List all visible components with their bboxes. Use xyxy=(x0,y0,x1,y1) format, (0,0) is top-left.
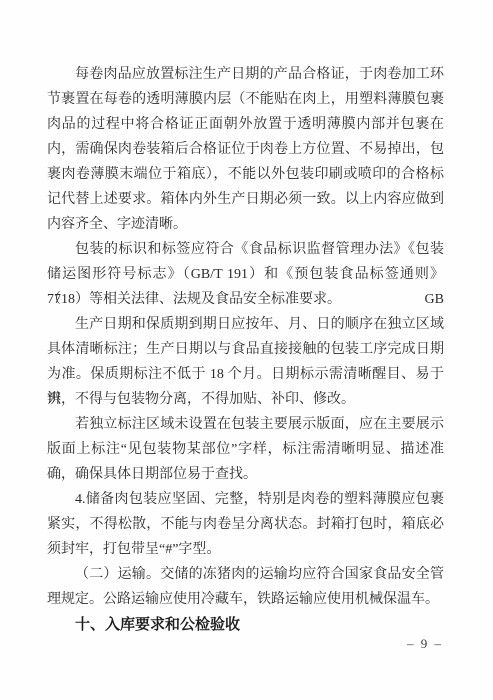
text-line: 内，需确保肉卷装箱后合格证位于肉卷上方位置、不易掉出，包 xyxy=(47,137,444,162)
text-line: 每卷肉品应放置标注生产日期的产品合格证，于肉卷加工环 xyxy=(47,62,444,87)
section-heading: 十、入库要求和公检验收 xyxy=(47,612,444,637)
document-body: 每卷肉品应放置标注生产日期的产品合格证，于肉卷加工环节裹置在每卷的透明薄膜内层（… xyxy=(47,62,444,637)
document-page: 每卷肉品应放置标注生产日期的产品合格证，于肉卷加工环节裹置在每卷的透明薄膜内层（… xyxy=(0,0,493,700)
text-line: 若独立标注区域未设置在包装主要展示版面，应在主要展示 xyxy=(47,412,444,437)
text-line: 理规定。公路运输应使用冷藏车，铁路运输应使用机械保温车。 xyxy=(47,587,444,612)
text-line: （二）运输。交储的冻猪肉的运输均应符合国家食品安全管 xyxy=(47,562,444,587)
text-line: 确，确保具体日期部位易于查找。 xyxy=(47,462,444,487)
text-line: 4.储备肉包装应坚固、完整，特别是肉卷的塑料薄膜应包裹 xyxy=(47,487,444,512)
text-line: 肉品的过程中将合格证正面朝外放置于透明薄膜内部并包裹在 xyxy=(47,112,444,137)
text-line: 紧实，不得松散，不能与肉卷呈分离状态。封箱打包时，箱底必 xyxy=(47,512,444,537)
text-line: 生产日期和保质期到期日应按年、月、日的顺序在独立区域 xyxy=(47,312,444,337)
text-line: 识，不得与包装物分离，不得加贴、补印、修改。 xyxy=(47,387,444,412)
page-number: – 9 – xyxy=(407,636,443,652)
text-line: 版面上标注“见包装物某部位”字样，标注需清晰明显、描述准 xyxy=(47,437,444,462)
text-line: 内容齐全、字迹清晰。 xyxy=(47,212,444,237)
text-line: 裹肉卷薄膜末端位于箱底），不能以外包装印刷或喷印的合格标 xyxy=(47,162,444,187)
text-line: 须封牢，打包带呈“#”字型。 xyxy=(47,537,444,562)
text-line: 储运图形符号标志》（GB/T 191）和《预包装食品标签通则》（GB xyxy=(47,262,444,287)
text-line: 包装的标识和标签应符合《食品标识监督管理办法》《包装 xyxy=(47,237,444,262)
text-line: 节裹置在每卷的透明薄膜内层（不能贴在肉上，用塑料薄膜包裹 xyxy=(47,87,444,112)
text-line: 为准。保质期标注不低于 18 个月。日期标示需清晰醒目、易于辨 xyxy=(47,362,444,387)
text-line: 具体清晰标注；生产日期以与食品直接接触的包装工序完成日期 xyxy=(47,337,444,362)
text-line: 记代替上述要求。箱体内外生产日期必须一致。以上内容应做到 xyxy=(47,187,444,212)
